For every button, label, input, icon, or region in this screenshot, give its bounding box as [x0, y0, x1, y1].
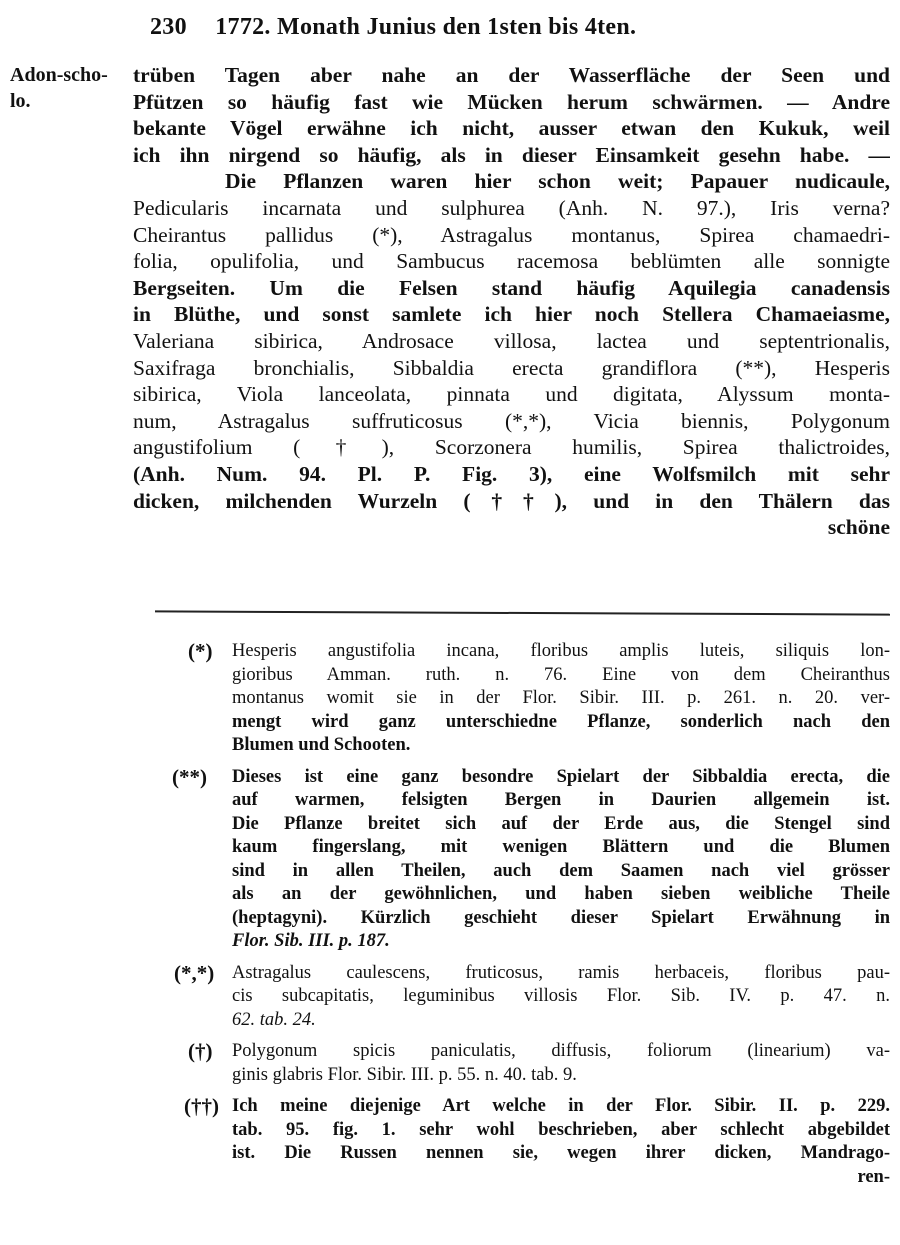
footnote-line: auf warmen, felsigten Bergen in Daurien … [232, 789, 890, 813]
footnote-line: ginis glabris Flor. Sibir. III. p. 55. n… [232, 1064, 890, 1088]
text-line: folia, opulifolia, und Sambucus racemosa… [133, 248, 890, 275]
main-text: trüben Tagen aber nahe an der Wasserfläc… [133, 62, 890, 541]
text-line: ich ihn nirgend so häufig, als in dieser… [133, 142, 890, 169]
footnote-line: cis subcapitatis, leguminibus villosis F… [232, 985, 890, 1009]
footnote: (††) Ich meine diejenige Art welche in d… [170, 1095, 890, 1189]
footnote-line: Blumen und Schooten. [232, 734, 890, 758]
footnote-line: Polygonum spicis paniculatis, diffusis, … [232, 1040, 890, 1064]
footnote-line: Die Pflanze breitet sich auf der Erde au… [232, 813, 890, 837]
footnote-line: Flor. Sib. III. p. 187. [232, 930, 890, 954]
footnote-line: als an der gewöhnlichen, und haben siebe… [232, 883, 890, 907]
footnote-line: (heptagyni). Kürzlich geschieht dieser S… [232, 907, 890, 931]
text-line: Cheirantus pallidus (*), Astragalus mont… [133, 222, 890, 249]
text-line: num, Astragalus suffruticosus (*,*), Vic… [133, 408, 890, 435]
footnote: (*,*) Astragalus caulescens, fruticosus,… [170, 962, 890, 1033]
page-number: 230 [150, 14, 187, 40]
footnote: (*) Hesperis angustifolia incana, florib… [170, 640, 890, 758]
footnote-line: mengt wird ganz unterschiedne Pflanze, s… [232, 711, 890, 735]
footnote-separator-rule [155, 610, 890, 615]
footnote-mark: (**) [172, 766, 207, 790]
footnote-line: kaum fingerslang, mit wenigen Blättern u… [232, 836, 890, 860]
footnote-mark: (*,*) [174, 962, 214, 986]
text-line: Pedicularis incarnata und sulphurea (Anh… [133, 195, 890, 222]
footnote-line: sind in allen Theilen, auch dem Saamen n… [232, 860, 890, 884]
footnote-mark: (†) [188, 1040, 213, 1064]
text-line: Die Pflanzen waren hier schon weit; Papa… [133, 168, 890, 195]
catchword: schöne [133, 514, 890, 541]
footnote-line: tab. 95. fig. 1. sehr wohl beschrieben, … [232, 1119, 890, 1143]
running-head-title: 1772. Monath Junius den 1sten bis 4ten. [215, 14, 636, 40]
footnote: (†) Polygonum spicis paniculatis, diffus… [170, 1040, 890, 1087]
book-page: 230 1772. Monath Junius den 1sten bis 4t… [0, 0, 900, 1245]
running-head: 230 1772. Monath Junius den 1sten bis 4t… [150, 14, 870, 41]
footnote-line: ist. Die Russen nennen sie, wegen ihrer … [232, 1142, 890, 1166]
footnote-line: montanus womit sie in der Flor. Sibir. I… [232, 687, 890, 711]
footnote-line: Dieses ist eine ganz besondre Spielart d… [232, 766, 890, 790]
footnote: (**) Dieses ist eine ganz besondre Spiel… [170, 766, 890, 954]
text-line: Saxifraga bronchialis, Sibbaldia erecta … [133, 355, 890, 382]
footnote-mark: (††) [184, 1095, 219, 1119]
text-line: bekante Vögel erwähne ich nicht, ausser … [133, 115, 890, 142]
footnote-mark: (*) [188, 640, 213, 664]
margin-note-line: lo. [10, 88, 130, 114]
footnote-line: gioribus Amman. ruth. n. 76. Eine von de… [232, 664, 890, 688]
footnotes: (*) Hesperis angustifolia incana, florib… [170, 640, 890, 1197]
footnote-line: Hesperis angustifolia incana, floribus a… [232, 640, 890, 664]
footnote-line: Astragalus caulescens, fruticosus, ramis… [232, 962, 890, 986]
text-line: trüben Tagen aber nahe an der Wasserfläc… [133, 62, 890, 89]
text-line: dicken, milchenden Wurzeln (††), und in … [133, 488, 890, 515]
text-line: Valeriana sibirica, Androsace villosa, l… [133, 328, 890, 355]
footnote-line: Ich meine diejenige Art welche in der Fl… [232, 1095, 890, 1119]
text-line: in Blüthe, und sonst samlete ich hier no… [133, 301, 890, 328]
footnote-line: 62. tab. 24. [232, 1009, 890, 1033]
text-line: sibirica, Viola lanceolata, pinnata und … [133, 381, 890, 408]
text-line: (Anh. Num. 94. Pl. P. Fig. 3), eine Wolf… [133, 461, 890, 488]
text-line: Bergseiten. Um die Felsen stand häufig A… [133, 275, 890, 302]
text-line: angustifolium (†), Scorzonera humilis, S… [133, 434, 890, 461]
catchword: ren- [232, 1166, 890, 1190]
margin-note-line: Adon-scho- [10, 62, 130, 88]
margin-note: Adon-scho- lo. [10, 62, 130, 114]
text-line: Pfützen so häufig fast wie Mücken herum … [133, 89, 890, 116]
